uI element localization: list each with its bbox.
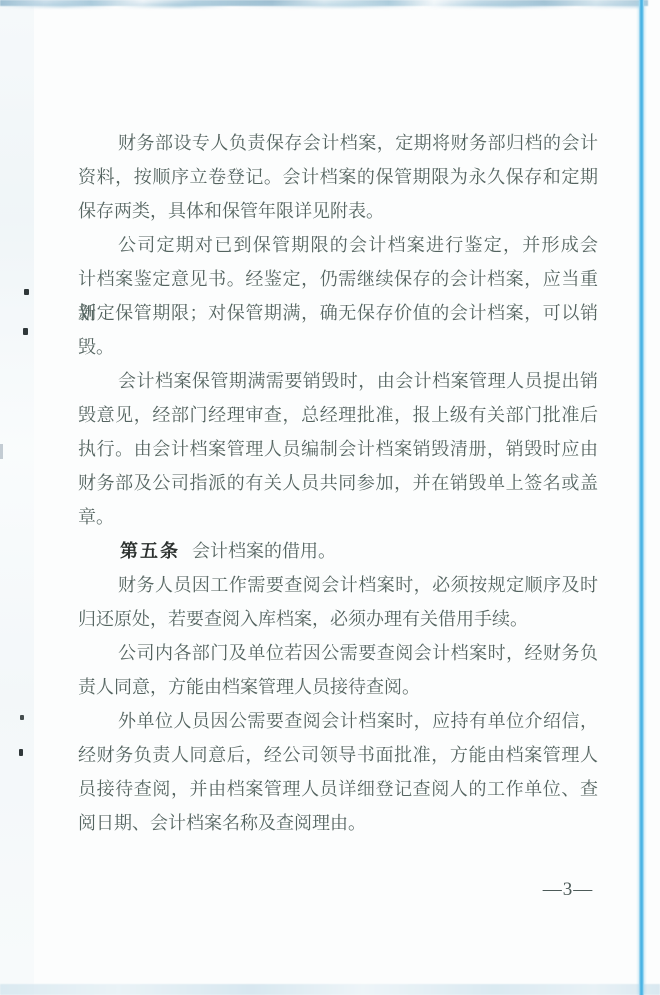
ink-speck <box>19 749 23 756</box>
document-body-text: 财务部设专人负责保存会计档案，定期将财务部归档的会计 资料，按顺序立卷登记。会计… <box>78 126 598 840</box>
text-line: 保存两类，具体和保管年限详见附表。 <box>78 194 598 228</box>
text-line: 划定保管期限；对保管期满，确无保存价值的会计档案，可以销 <box>78 296 598 330</box>
text-line: 财务部设专人负责保存会计档案，定期将财务部归档的会计 <box>78 126 598 160</box>
text-line: 公司内各部门及单位若因公需要查阅会计档案时，经财务负 <box>78 636 598 670</box>
paragraph-internal-borrow: 财务人员因工作需要查阅会计档案时，必须按规定顺序及时 归还原处，若要查阅入库档案… <box>78 568 598 636</box>
text-line: 外单位人员因公需要查阅会计档案时，应持有单位介绍信， <box>78 704 598 738</box>
scan-edge-mark <box>0 444 3 459</box>
scan-bottom-edge <box>0 984 660 995</box>
text-line: 归还原处，若要查阅入库档案，必须办理有关借用手续。 <box>78 602 598 636</box>
scan-left-wash <box>0 0 34 995</box>
ink-speck <box>20 715 24 720</box>
paragraph-destruction: 会计档案保管期满需要销毁时，由会计档案管理人员提出销 毁意见，经部门经理审查，总… <box>78 364 598 534</box>
text-line: 责人同意，方能由档案管理人员接待查阅。 <box>78 670 598 704</box>
text-line: 经财务负责人同意后，经公司领导书面批准，方能由档案管理人 <box>78 738 598 772</box>
text-line: 资料，按顺序立卷登记。会计档案的保管期限为永久保存和定期 <box>78 160 598 194</box>
text-line: 毁。 <box>78 330 598 364</box>
text-line: 执行。由会计档案管理人员编制会计档案销毁清册，销毁时应由 <box>78 432 598 466</box>
text-line: 会计档案保管期满需要销毁时，由会计档案管理人员提出销 <box>78 364 598 398</box>
text-line: 章。 <box>78 500 598 534</box>
scan-blue-border-line <box>639 0 644 995</box>
text-line: 公司定期对已到保管期限的会计档案进行鉴定，并形成会 <box>78 228 598 262</box>
page-number: —3— <box>538 878 598 902</box>
text-line: 计档案鉴定意见书。经鉴定，仍需继续保存的会计档案，应当重新 <box>78 262 598 296</box>
section-heading-number: 第五条 <box>120 541 180 561</box>
paragraph-appraisal: 公司定期对已到保管期限的会计档案进行鉴定，并形成会 计档案鉴定意见书。经鉴定，仍… <box>78 228 598 364</box>
text-line: 阅日期、会计档案名称及查阅理由。 <box>78 806 598 840</box>
text-line: 财务人员因工作需要查阅会计档案时，必须按规定顺序及时 <box>78 568 598 602</box>
scan-top-edge-secondary <box>0 3 640 8</box>
paragraph-external-access: 外单位人员因公需要查阅会计档案时，应持有单位介绍信， 经财务负责人同意后，经公司… <box>78 704 598 840</box>
text-line: 毁意见，经部门经理审查，总经理批准，报上级有关部门批准后 <box>78 398 598 432</box>
text-line: 员接待查阅，并由档案管理人员详细登记查阅人的工作单位、查 <box>78 772 598 806</box>
text-line: 财务部及公司指派的有关人员共同参加，并在销毁单上签名或盖 <box>78 466 598 500</box>
scanned-document-page: 财务部设专人负责保存会计档案，定期将财务部归档的会计 资料，按顺序立卷登记。会计… <box>0 0 660 995</box>
ink-speck <box>24 289 29 295</box>
section-heading-title: 会计档案的借用。 <box>192 541 336 561</box>
section-heading-article-5: 第五条会计档案的借用。 <box>78 534 598 568</box>
paragraph-storage: 财务部设专人负责保存会计档案，定期将财务部归档的会计 资料，按顺序立卷登记。会计… <box>78 126 598 228</box>
paragraph-department-access: 公司内各部门及单位若因公需要查阅会计档案时，经财务负 责人同意，方能由档案管理人… <box>78 636 598 704</box>
ink-speck <box>23 328 28 335</box>
